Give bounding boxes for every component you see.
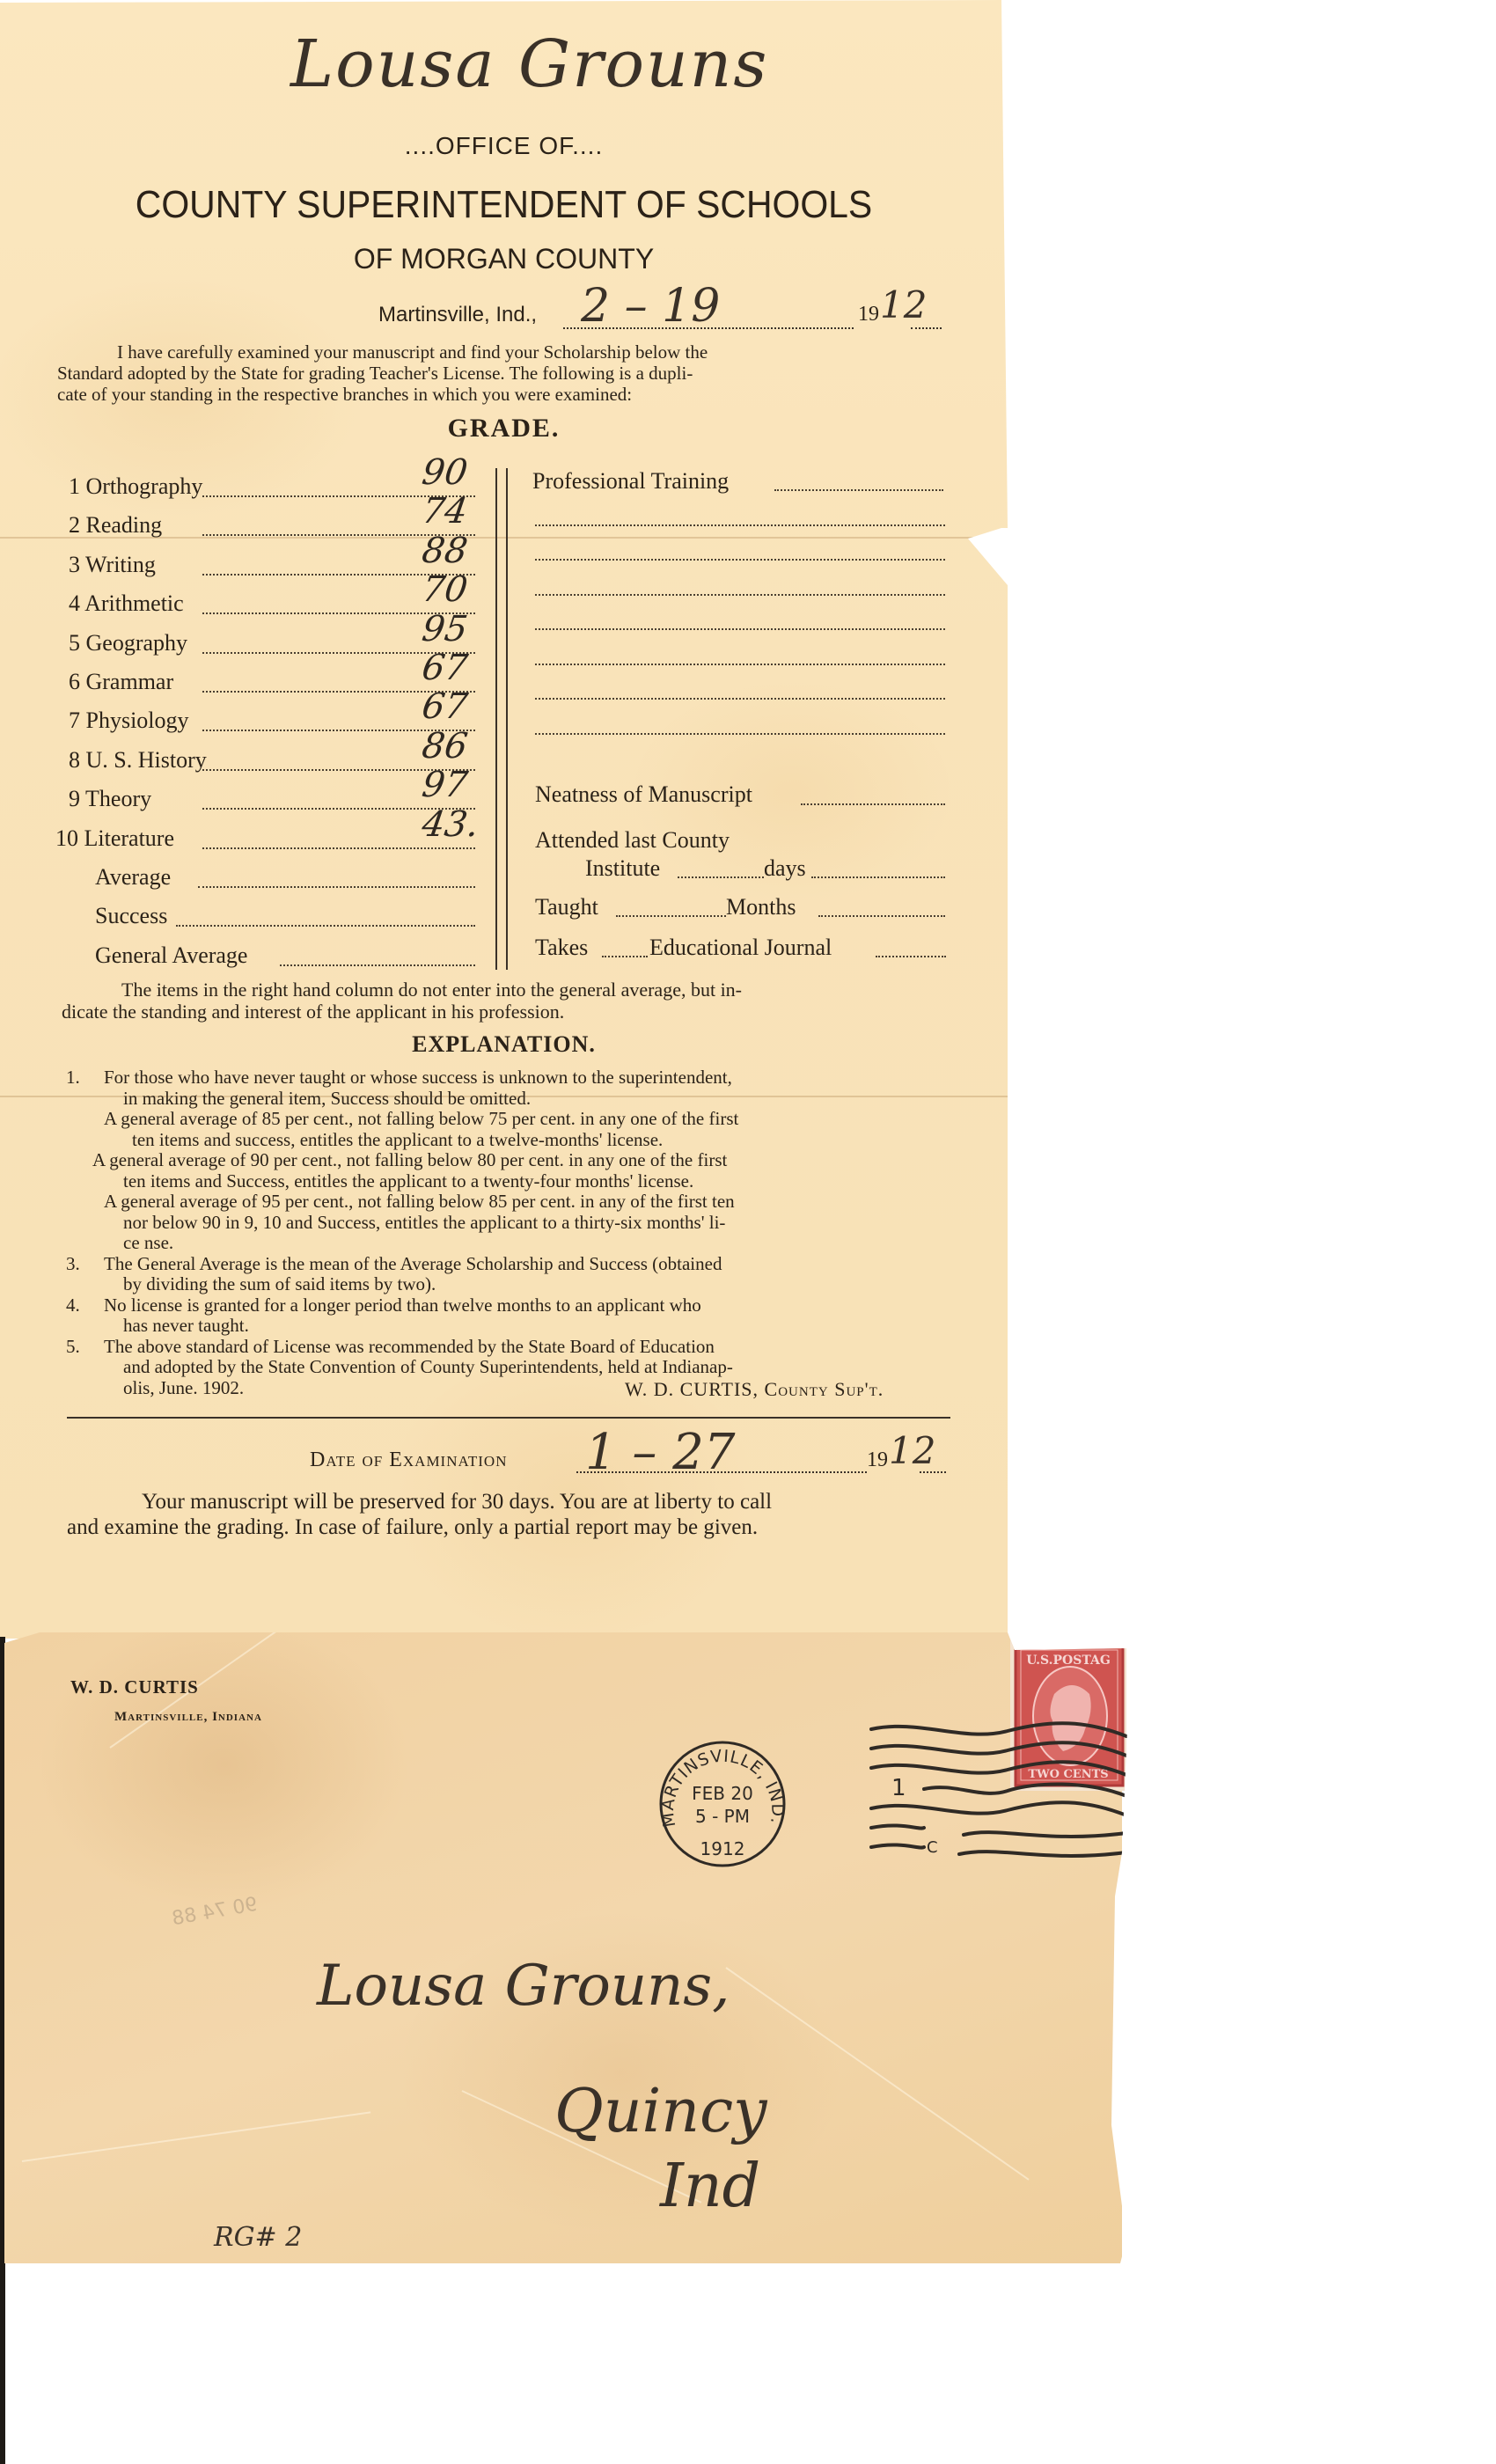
blank-dotted-line	[535, 524, 945, 526]
closing-line: Your manuscript will be preserved for 30…	[67, 1489, 950, 1514]
intro-line: cate of your standing in the respective …	[57, 384, 946, 405]
neatness-line	[801, 803, 945, 805]
subject-grade: 74	[420, 491, 470, 532]
attended-label: Attended last County	[535, 827, 730, 854]
intro-line: Standard adopted by the State for gradin…	[57, 363, 946, 384]
summary-label: General Average	[95, 942, 247, 969]
divider-rule	[67, 1417, 950, 1419]
blank-dotted-line	[535, 559, 945, 561]
intro-line: I have carefully examined your manuscrip…	[57, 341, 946, 363]
subject-grade: 67	[420, 686, 470, 727]
blank-dotted-line	[535, 594, 945, 596]
taught-label: Taught	[535, 894, 598, 920]
year-handwritten: 12	[880, 283, 927, 326]
svg-text:5 - PM: 5 - PM	[695, 1806, 750, 1827]
explanation-line: ce nse.	[123, 1232, 173, 1253]
subject-label: 7 Physiology	[69, 708, 189, 734]
svg-text:C: C	[927, 1838, 938, 1857]
taught-line	[616, 915, 726, 917]
subject-grade: 67	[420, 648, 470, 688]
column-divider	[506, 468, 508, 970]
subject-grade: 70	[420, 569, 470, 610]
exam-year-prefix: 19	[867, 1448, 888, 1472]
journal-label: Educational Journal	[649, 935, 832, 961]
explanation-line: by dividing the sum of said items by two…	[123, 1273, 436, 1294]
subject-label: 2 Reading	[69, 512, 162, 539]
subject-label: 1 Orthography	[69, 473, 202, 500]
explanation-line: A general average of 85 per cent., not f…	[104, 1108, 738, 1129]
subject-label: 3 Writing	[69, 552, 156, 578]
year-dotted-line	[911, 327, 942, 329]
explanation-line: olis, June. 1902.	[123, 1377, 244, 1398]
subject-grade: 86	[420, 726, 470, 766]
subject-label: 9 Theory	[69, 786, 151, 812]
takes-label: Takes	[535, 935, 588, 961]
subject-grade: 90	[420, 452, 470, 493]
intro-paragraph: I have carefully examined your manuscrip…	[57, 341, 946, 405]
postmark-circle-icon: MARTINSVILLE, IND. FEB 20 5 - PM 1912	[656, 1738, 788, 1870]
blank-dotted-line	[535, 698, 945, 700]
address-state: Ind	[660, 2152, 760, 2221]
right-column-note: The items in the right hand column do no…	[62, 979, 950, 1023]
blank-dotted-line	[535, 733, 945, 735]
explanation-line: has never taught.	[123, 1315, 249, 1336]
subject-grade: 43.	[420, 804, 481, 845]
explanation-line: No license is granted for a longer perio…	[104, 1294, 701, 1316]
place-label: Martinsville, Ind.,	[378, 303, 537, 327]
route-notation: RG# 2	[214, 2222, 302, 2253]
svg-text:FEB 20: FEB 20	[692, 1783, 753, 1804]
summary-dotted-line	[176, 925, 475, 927]
explanation-line: ten items and success, entitles the appl…	[132, 1129, 663, 1150]
explanation-line: nor below 90 in 9, 10 and Success, entit…	[123, 1212, 725, 1233]
explanation-line: For those who have never taught or whose…	[104, 1067, 732, 1088]
document-subtitle: OF MORGAN COUNTY	[0, 243, 1008, 275]
postmark: MARTINSVILLE, IND. FEB 20 5 - PM 1912	[656, 1738, 788, 1870]
explanation-line: The General Average is the mean of the A…	[104, 1253, 722, 1274]
days-label: days	[764, 855, 806, 882]
professional-training-label: Professional Training	[532, 468, 729, 495]
return-address-city: Martinsville, Indiana	[114, 1710, 262, 1725]
blank-dotted-line	[535, 628, 945, 630]
svg-text:1: 1	[891, 1775, 906, 1801]
subject-grade: 97	[420, 765, 470, 805]
exam-year-handwritten: 12	[889, 1429, 935, 1472]
note-line: The items in the right hand column do no…	[62, 979, 950, 1001]
explanation-number: 5.	[66, 1336, 80, 1357]
address-city: Quincy	[554, 2077, 767, 2146]
summary-label: Success	[95, 903, 167, 929]
superintendent-signature: W. D. CURTIS, County Sup't.	[625, 1378, 884, 1401]
subject-grade: 88	[420, 531, 470, 571]
closing-paragraph: Your manuscript will be preserved for 30…	[67, 1489, 950, 1540]
subject-grade: 95	[420, 609, 470, 649]
subject-label: 4 Arithmetic	[69, 590, 184, 617]
explanation-number: 4.	[66, 1294, 80, 1316]
days-line	[811, 876, 945, 878]
explanation-heading: EXPLANATION.	[0, 1031, 1008, 1058]
subject-label: 5 Geography	[69, 630, 187, 656]
faint-pencil-marks: 90 74 88	[171, 1894, 260, 1931]
grade-report-sheet: Lousa Grouns ....OFFICE OF.... COUNTY SU…	[0, 0, 1008, 1639]
svg-text:U.S.POSTAG: U.S.POSTAG	[1026, 1654, 1111, 1668]
explanation-line: The above standard of License was recomm…	[104, 1336, 715, 1357]
svg-text:1912: 1912	[700, 1838, 745, 1859]
summary-dotted-line	[198, 886, 475, 888]
cancellation-lines-icon: 1 C	[867, 1720, 1131, 1870]
subject-dotted-line	[202, 847, 475, 849]
takes-line	[602, 956, 648, 957]
institute-label: Institute	[585, 855, 660, 882]
explanation-line: A general average of 95 per cent., not f…	[104, 1191, 735, 1212]
summary-dotted-line	[280, 964, 475, 966]
explanation-line: and adopted by the State Convention of C…	[123, 1356, 733, 1377]
explanation-line: in making the general item, Success shou…	[123, 1088, 531, 1109]
professional-training-line	[774, 489, 943, 491]
explanation-number: 1.	[66, 1067, 80, 1088]
neatness-label: Neatness of Manuscript	[535, 781, 752, 808]
months-line	[818, 915, 945, 917]
journal-line	[876, 956, 946, 957]
closing-line: and examine the grading. In case of fail…	[67, 1514, 950, 1540]
column-divider	[495, 468, 497, 970]
subject-label: 10 Literature	[55, 825, 174, 852]
date-handwritten: 2 – 19	[581, 280, 720, 333]
crease	[22, 2111, 370, 2162]
institute-days-line	[678, 876, 764, 878]
office-of-heading: ....OFFICE OF....	[0, 132, 1008, 160]
explanation-number: 3.	[66, 1253, 80, 1274]
subject-label: 6 Grammar	[69, 669, 173, 695]
note-line: dicate the standing and interest of the …	[62, 1001, 950, 1023]
crease	[725, 1967, 1029, 2181]
grade-heading: GRADE.	[0, 414, 1008, 444]
document-title: COUNTY SUPERINTENDENT OF SCHOOLS	[35, 183, 972, 227]
explanation-line: ten items and Success, entitles the appl…	[123, 1170, 693, 1192]
exam-date-handwritten: 1 – 27	[585, 1424, 736, 1481]
exam-date-label: Date of Examination	[310, 1448, 507, 1472]
months-label: Months	[726, 894, 796, 920]
blank-dotted-line	[535, 664, 945, 665]
summary-label: Average	[95, 864, 171, 891]
exam-year-line	[920, 1471, 946, 1473]
return-address-name: W. D. CURTIS	[70, 1676, 199, 1698]
year-prefix: 19	[858, 303, 879, 326]
handwritten-name: Lousa Grouns	[290, 26, 768, 102]
explanation-line: A general average of 90 per cent., not f…	[92, 1149, 727, 1170]
subject-label: 8 U. S. History	[69, 747, 207, 774]
address-name: Lousa Grouns,	[317, 1954, 730, 2019]
envelope: W. D. CURTIS Martinsville, Indiana MARTI…	[4, 1632, 1122, 2263]
